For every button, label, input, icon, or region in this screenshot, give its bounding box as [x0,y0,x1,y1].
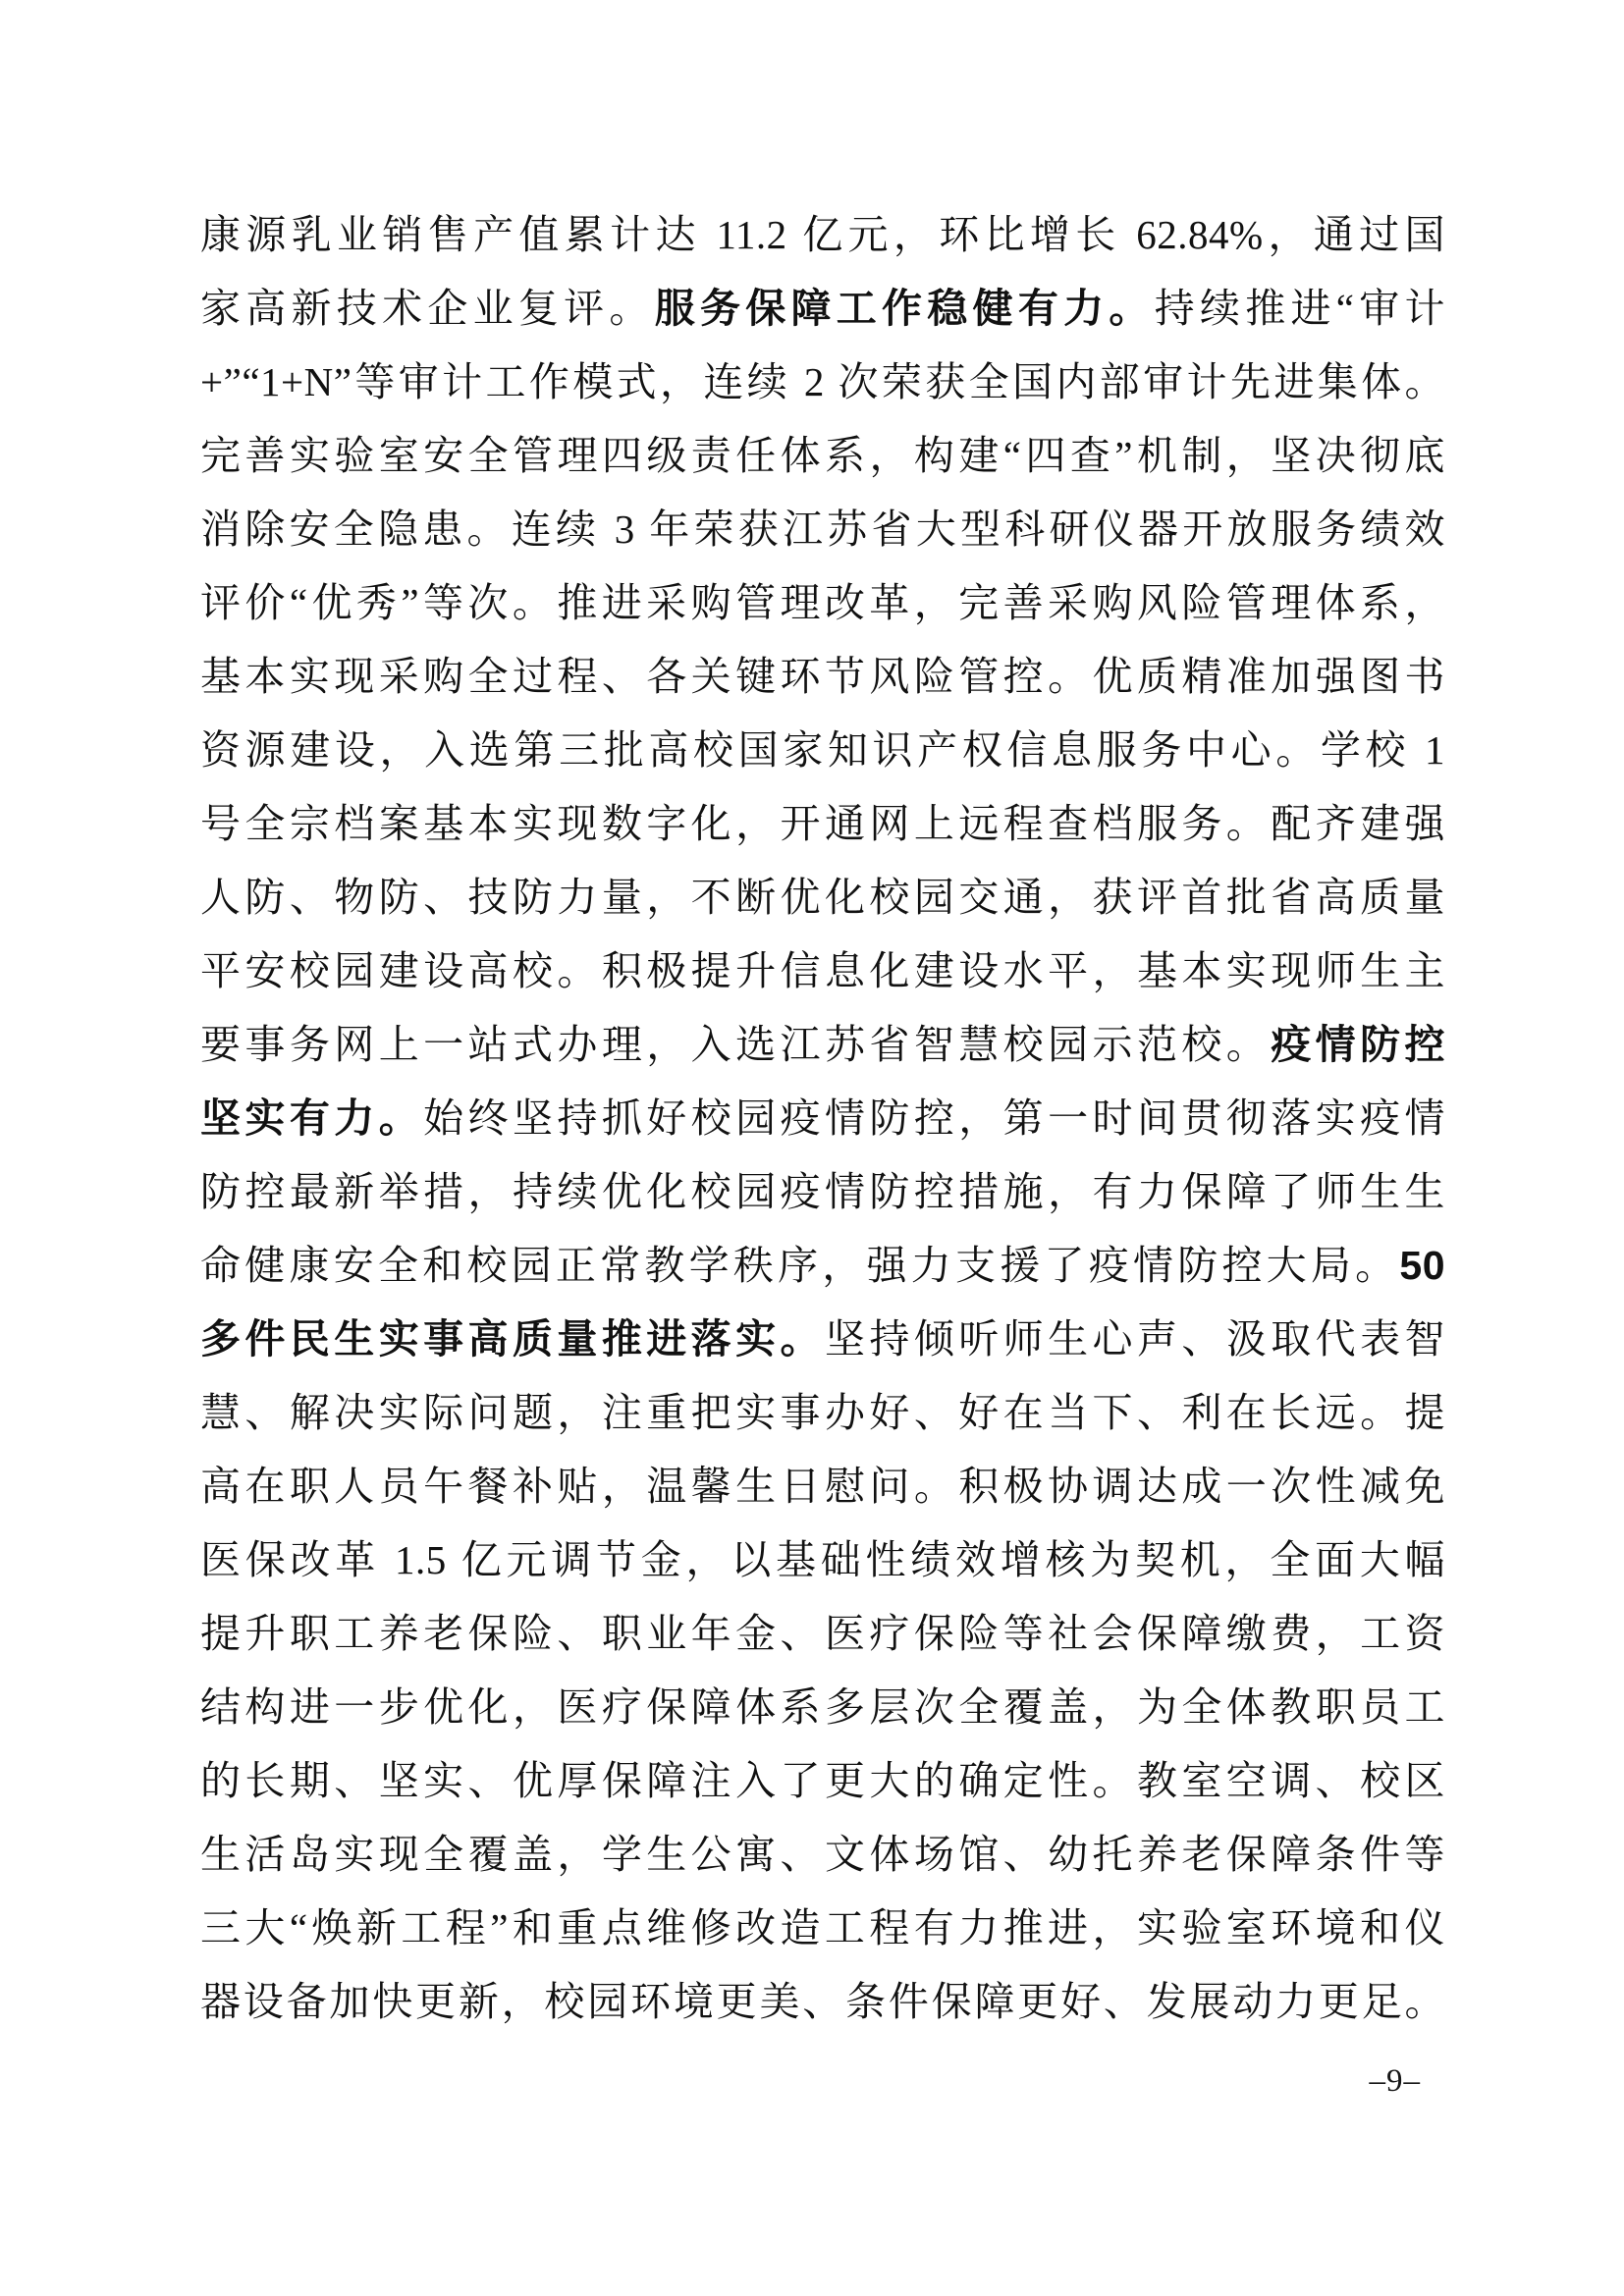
text-line: 多件民生实事高质量推进落实。坚持倾听师生心声、汲取代表智 [200,1303,1445,1376]
text-line: 提升职工养老保险、职业年金、医疗保险等社会保障缴费，工资 [200,1597,1445,1671]
emphasis-text-run: 坚实有力。 [200,1095,423,1141]
text-line: 慧、解决实际问题，注重把实事办好、好在当下、利在长远。提 [200,1376,1445,1450]
text-line: 坚实有力。始终坚持抓好校园疫情防控，第一时间贯彻落实疫情 [200,1082,1445,1155]
text-line: 消除安全隐患。连续 3 年荣获江苏省大型科研仪器开放服务绩效 [200,493,1445,566]
text-run: 完善实验室安全管理四级责任体系，构建“四查”机制，坚决彻底 [200,433,1445,478]
document-text: 康源乳业销售产值累计达 11.2 亿元，环比增长 62.84%，通过国家高新技术… [200,198,1445,2039]
text-run: 器设备加快更新，校园环境更美、条件保障更好、发展动力更足。 [200,1979,1445,2024]
text-line: 防控最新举措，持续优化校园疫情防控措施，有力保障了师生生 [200,1155,1445,1229]
text-run: 消除安全隐患。连续 3 年荣获江苏省大型科研仪器开放服务绩效 [200,507,1445,552]
text-run: 资源建设，入选第三批高校国家知识产权信息服务中心。学校 1 [200,727,1445,773]
text-line: +”“1+N”等审计工作模式，连续 2 次荣获全国内部审计先进集体。 [200,346,1445,419]
text-run: 结构进一步优化，医疗保障体系多层次全覆盖，为全体教职员工 [200,1684,1445,1730]
text-line: 家高新技术企业复评。服务保障工作稳健有力。持续推进“审计 [200,272,1445,346]
emphasis-text-run: 50 [1399,1243,1445,1288]
text-run: 要事务网上一站式办理，入选江苏省智慧校园示范校。 [200,1022,1271,1067]
text-run: 人防、物防、技防力量，不断优化校园交通，获评首批省高质量 [200,875,1445,920]
text-line: 高在职人员午餐补贴，温馨生日慰问。积极协调达成一次性减免 [200,1450,1445,1523]
page-number: –9– [1370,2059,1422,2103]
text-line: 命健康安全和校园正常教学秩序，强力支援了疫情防控大局。50 [200,1229,1445,1303]
text-line: 器设备加快更新，校园环境更美、条件保障更好、发展动力更足。 [200,1965,1445,2039]
text-line: 资源建设，入选第三批高校国家知识产权信息服务中心。学校 1 [200,714,1445,787]
text-run: 三大“焕新工程”和重点维修改造工程有力推进，实验室环境和仪 [200,1905,1445,1950]
text-line: 人防、物防、技防力量，不断优化校园交通，获评首批省高质量 [200,861,1445,934]
emphasis-text-run: 多件民生实事高质量推进落实。 [200,1316,825,1362]
text-run: 持续推进“审计 [1155,286,1445,331]
text-line: 号全宗档案基本实现数字化，开通网上远程查档服务。配齐建强 [200,787,1445,861]
text-run: 提升职工养老保险、职业年金、医疗保险等社会保障缴费，工资 [200,1611,1445,1656]
text-line: 三大“焕新工程”和重点维修改造工程有力推进，实验室环境和仪 [200,1892,1445,1965]
text-run: 慧、解决实际问题，注重把实事办好、好在当下、利在长远。提 [200,1390,1445,1435]
text-line: 基本实现采购全过程、各关键环节风险管控。优质精准加强图书 [200,640,1445,714]
text-line: 评价“优秀”等次。推进采购管理改革，完善采购风险管理体系， [200,566,1445,640]
text-line: 的长期、坚实、优厚保障注入了更大的确定性。教室空调、校区 [200,1744,1445,1818]
text-run: 家高新技术企业复评。 [200,286,655,331]
text-run: 号全宗档案基本实现数字化，开通网上远程查档服务。配齐建强 [200,801,1445,846]
text-line: 要事务网上一站式办理，入选江苏省智慧校园示范校。疫情防控 [200,1008,1445,1082]
text-run: 始终坚持抓好校园疫情防控，第一时间贯彻落实疫情 [423,1095,1445,1141]
text-line: 结构进一步优化，医疗保障体系多层次全覆盖，为全体教职员工 [200,1671,1445,1744]
text-run: 防控最新举措，持续优化校园疫情防控措施，有力保障了师生生 [200,1169,1445,1214]
text-line: 医保改革 1.5 亿元调节金，以基础性绩效增核为契机，全面大幅 [200,1523,1445,1597]
text-run: 基本实现采购全过程、各关键环节风险管控。优质精准加强图书 [200,654,1445,699]
document-page: 康源乳业销售产值累计达 11.2 亿元，环比增长 62.84%，通过国家高新技术… [0,0,1624,2296]
text-line: 完善实验室安全管理四级责任体系，构建“四查”机制，坚决彻底 [200,419,1445,493]
text-run: +”“1+N”等审计工作模式，连续 2 次荣获全国内部审计先进集体。 [200,359,1445,404]
text-run: 康源乳业销售产值累计达 11.2 亿元，环比增长 62.84%，通过国 [200,212,1445,257]
text-run: 医保改革 1.5 亿元调节金，以基础性绩效增核为契机，全面大幅 [200,1537,1445,1582]
text-run: 生活岛实现全覆盖，学生公寓、文体场馆、幼托养老保障条件等 [200,1832,1445,1877]
text-line: 平安校园建设高校。积极提升信息化建设水平，基本实现师生主 [200,934,1445,1008]
text-run: 的长期、坚实、优厚保障注入了更大的确定性。教室空调、校区 [200,1758,1445,1803]
text-run: 高在职人员午餐补贴，温馨生日慰问。积极协调达成一次性减免 [200,1464,1445,1509]
text-line: 生活岛实现全覆盖，学生公寓、文体场馆、幼托养老保障条件等 [200,1818,1445,1892]
text-line: 康源乳业销售产值累计达 11.2 亿元，环比增长 62.84%，通过国 [200,198,1445,272]
text-run: 评价“优秀”等次。推进采购管理改革，完善采购风险管理体系， [200,580,1445,625]
text-run: 坚持倾听师生心声、汲取代表智 [825,1316,1445,1362]
text-run: 平安校园建设高校。积极提升信息化建设水平，基本实现师生主 [200,948,1445,993]
emphasis-text-run: 服务保障工作稳健有力。 [655,286,1155,331]
text-run: 命健康安全和校园正常教学秩序，强力支援了疫情防控大局。 [200,1243,1399,1288]
emphasis-text-run: 疫情防控 [1271,1022,1445,1067]
